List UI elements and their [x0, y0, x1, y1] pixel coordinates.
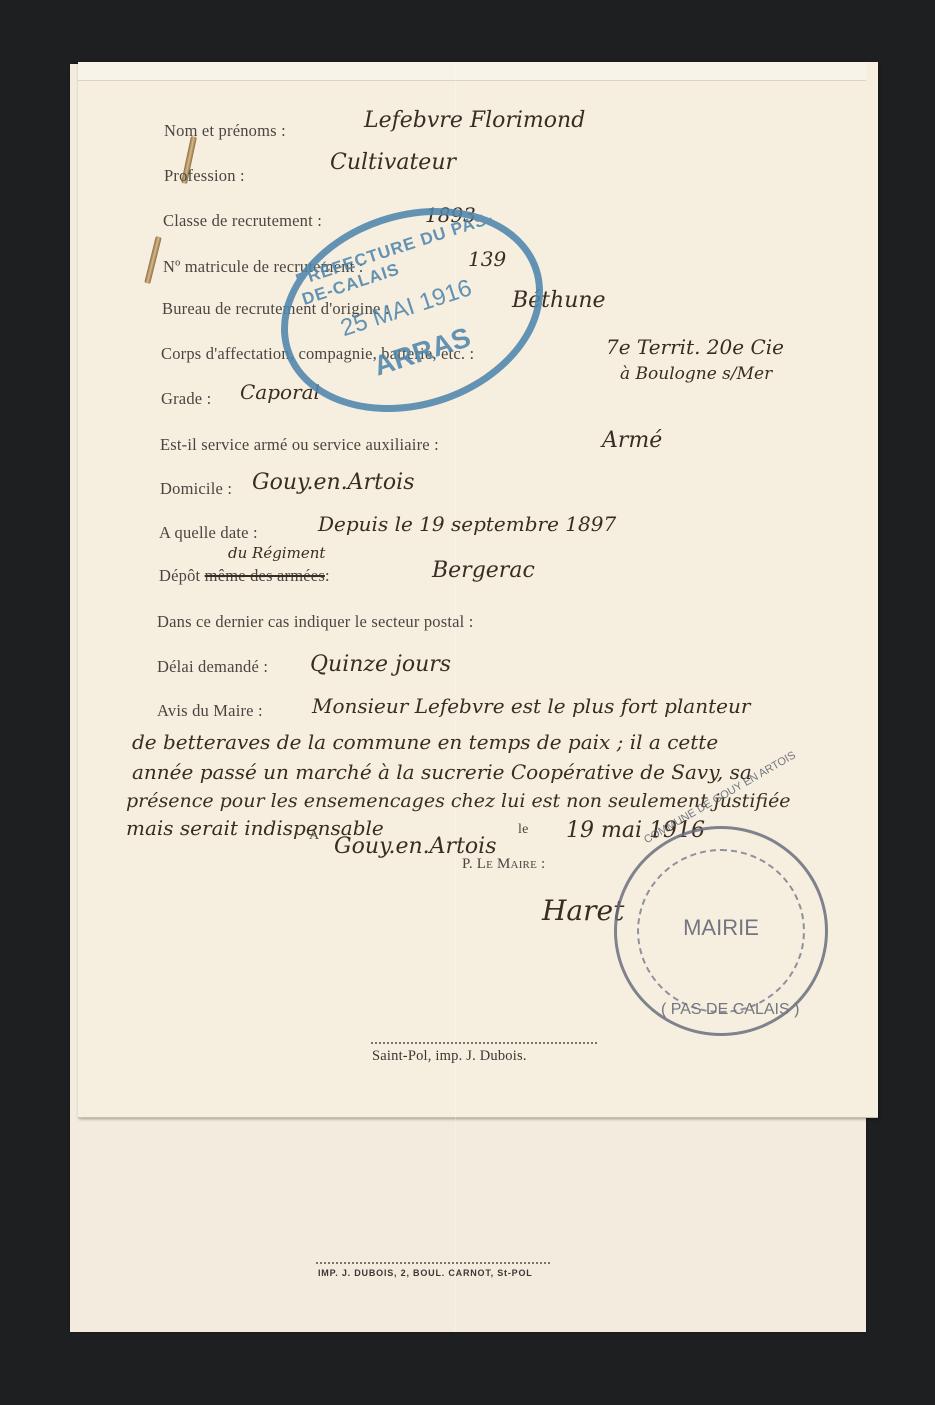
- avis-line: de betteraves de la commune en temps de …: [132, 730, 718, 754]
- field-label-delai: Délai demandé :: [157, 657, 268, 677]
- paper-edge: [78, 62, 866, 81]
- date-prefix: le: [518, 822, 529, 838]
- field-value-corps: 7e Territ. 20e Cie: [606, 335, 784, 359]
- field-value-delai: Quinze jours: [310, 652, 451, 677]
- field-value-name: Lefebvre Florimond: [364, 108, 585, 133]
- field-value-depot: Bergerac: [432, 558, 535, 583]
- signature-prefix: P. Le Maire :: [462, 856, 545, 873]
- mairie-stamp: COMMUNE DE GOUY EN ARTOIS MAIRIE ( PAS D…: [614, 826, 828, 1036]
- field-label-profession: Profession :: [164, 166, 245, 186]
- field-value-date: Depuis le 19 septembre 1897: [318, 512, 616, 536]
- field-label-grade: Grade :: [161, 389, 211, 409]
- field-label-name: Nom et prénoms :: [164, 121, 286, 141]
- divider: [316, 1258, 550, 1264]
- field-label-classe: Classe de recrutement :: [163, 211, 322, 231]
- field-label-domicile: Domicile :: [160, 479, 232, 499]
- printer-address: IMP. J. DUBOIS, 2, BOUL. CARNOT, St-POL: [318, 1268, 533, 1278]
- place-prefix: A: [309, 828, 319, 844]
- avis-line: année passé un marché à la sucrerie Coop…: [132, 760, 752, 784]
- divider: [371, 1036, 597, 1044]
- field-value-corps-2: à Boulogne s/Mer: [620, 364, 772, 384]
- field-value-avis: Monsieur Lefebvre est le plus fort plant…: [312, 694, 750, 718]
- signature: Haret: [542, 894, 624, 927]
- field-label-depot: Dépôt même des armées:: [159, 566, 330, 586]
- field-label-service: Est-il service armé ou service auxiliair…: [160, 435, 439, 455]
- field-value-service: Armé: [602, 428, 662, 453]
- field-label-avis: Avis du Maire :: [157, 701, 263, 721]
- field-label-date: A quelle date :: [159, 523, 258, 543]
- field-label-secteur: Dans ce dernier cas indiquer le secteur …: [157, 612, 474, 632]
- printer-credit: Saint-Pol, imp. J. Dubois.: [372, 1048, 527, 1065]
- field-value-domicile: Gouy.en.Artois: [252, 470, 415, 495]
- field-value-profession: Cultivateur: [330, 150, 456, 175]
- field-insert-depot: du Régiment: [228, 544, 325, 562]
